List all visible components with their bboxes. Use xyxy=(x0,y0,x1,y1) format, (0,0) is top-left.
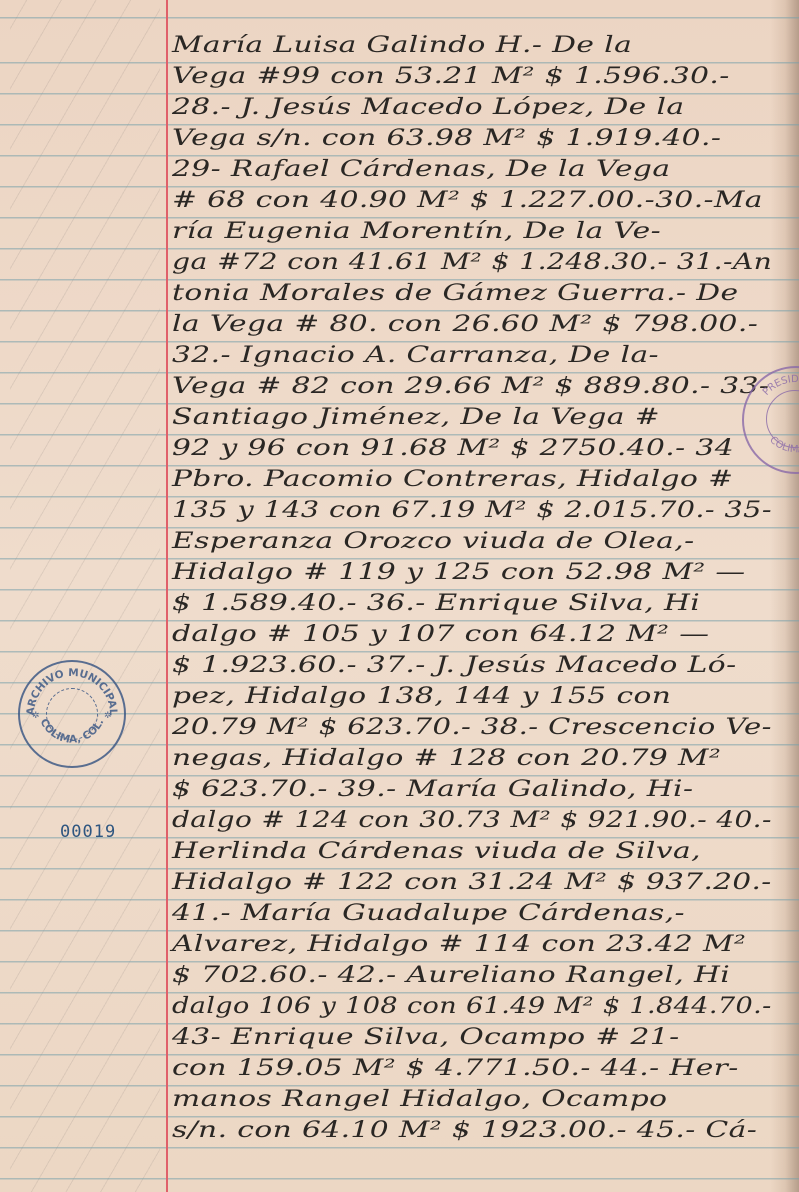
entry-line: negas, Hidalgo # 128 con 20.79 M² xyxy=(172,746,721,776)
entry-line: tonia Morales de Gámez Guerra.- De xyxy=(172,281,738,311)
entry-line: Vega s/n. con 63.98 M² $ 1.919.40.- xyxy=(172,126,721,156)
entry-line: $ 702.60.- 42.- Aureliano Rangel, Hi xyxy=(172,963,730,993)
entry-line: dalgo # 105 y 107 con 64.12 M² — xyxy=(172,622,709,652)
ledger-page: María Luisa Galindo H.- De laVega #99 co… xyxy=(0,0,799,1192)
entry-line: 41.- María Guadalupe Cárdenas,- xyxy=(172,901,685,931)
svg-text:COLIMA, COL.: COLIMA, COL. xyxy=(37,717,106,746)
entry-line: Hidalgo # 119 y 125 con 52.98 M² — xyxy=(172,560,746,590)
entry-line: la Vega # 80. con 26.60 M² $ 798.00.- xyxy=(172,312,758,342)
svg-text:COLIMA,: COLIMA, xyxy=(767,435,799,456)
svg-text:✲: ✲ xyxy=(32,711,40,721)
entry-line: ría Eugenia Morentín, De la Ve- xyxy=(172,219,661,249)
entry-line: con 159.05 M² $ 4.771.50.- 44.- Her- xyxy=(172,1056,739,1086)
entry-line: 43- Enrique Silva, Ocampo # 21- xyxy=(172,1025,680,1055)
entry-line: dalgo # 124 con 30.73 M² $ 921.90.- 40.- xyxy=(172,808,772,838)
entry-line: 92 y 96 con 91.68 M² $ 2750.40.- 34 xyxy=(172,436,734,466)
entry-line: manos Rangel Hidalgo, Ocampo xyxy=(172,1087,667,1117)
entry-line: $ 1.923.60.- 37.- J. Jesús Macedo Ló- xyxy=(172,653,737,683)
entry-line: Pbro. Pacomio Contreras, Hidalgo # xyxy=(172,467,733,497)
entry-line: 135 y 143 con 67.19 M² $ 2.015.70.- 35- xyxy=(172,498,772,528)
archivo-municipal-stamp: ARCHIVO MUNICIPAL COLIMA, COL. ✲ ✲ xyxy=(18,660,126,768)
entry-line: pez, Hidalgo 138, 144 y 155 con xyxy=(172,684,671,714)
svg-text:ARCHIVO MUNICIPAL: ARCHIVO MUNICIPAL xyxy=(25,667,119,716)
entry-line: Santiago Jiménez, De la Vega # xyxy=(172,405,660,435)
entry-line: Vega # 82 con 29.66 M² $ 889.80.- 33- xyxy=(172,374,769,404)
entry-line: ga #72 con 41.61 M² $ 1.248.30.- 31.-An xyxy=(172,250,772,280)
entry-line: Alvarez, Hidalgo # 114 con 23.42 M² xyxy=(172,932,746,962)
entry-line: $ 1.589.40.- 36.- Enrique Silva, Hi xyxy=(172,591,700,621)
entry-line: Esperanza Orozco viuda de Olea,- xyxy=(172,529,695,559)
entry-line: 32.- Ignacio A. Carranza, De la- xyxy=(172,343,659,373)
entry-line: s/n. con 64.10 M² $ 1923.00.- 45.- Cá- xyxy=(172,1118,757,1148)
svg-text:✲: ✲ xyxy=(104,711,112,721)
entry-line: María Luisa Galindo H.- De la xyxy=(172,33,632,63)
entry-line: 20.79 M² $ 623.70.- 38.- Crescencio Ve- xyxy=(172,715,772,745)
folio-number: 00019 xyxy=(60,822,116,842)
entry-line: 29- Rafael Cárdenas, De la Vega xyxy=(172,157,670,187)
entry-line: Vega #99 con 53.21 M² $ 1.596.30.- xyxy=(172,64,730,94)
entry-line: dalgo 106 y 108 con 61.49 M² $ 1.844.70.… xyxy=(172,994,772,1024)
red-margin-line xyxy=(166,0,168,1192)
entry-line: Herlinda Cárdenas viuda de Silva, xyxy=(172,839,701,869)
entry-line: # 68 con 40.90 M² $ 1.227.00.-30.-Ma xyxy=(172,188,763,218)
archivo-stamp-text: ARCHIVO MUNICIPAL COLIMA, COL. ✲ ✲ xyxy=(20,662,124,766)
entry-line: Hidalgo # 122 con 31.24 M² $ 937.20.- xyxy=(172,870,772,900)
presidencia-stamp: PRESIDENCIA COLIMA, xyxy=(742,366,799,474)
presidencia-stamp-text: PRESIDENCIA COLIMA, xyxy=(744,368,799,472)
entry-line: 28.- J. Jesús Macedo López, De la xyxy=(172,95,685,125)
svg-text:PRESIDENCIA: PRESIDENCIA xyxy=(761,374,799,398)
entry-line: $ 623.70.- 39.- María Galindo, Hi- xyxy=(172,777,693,807)
